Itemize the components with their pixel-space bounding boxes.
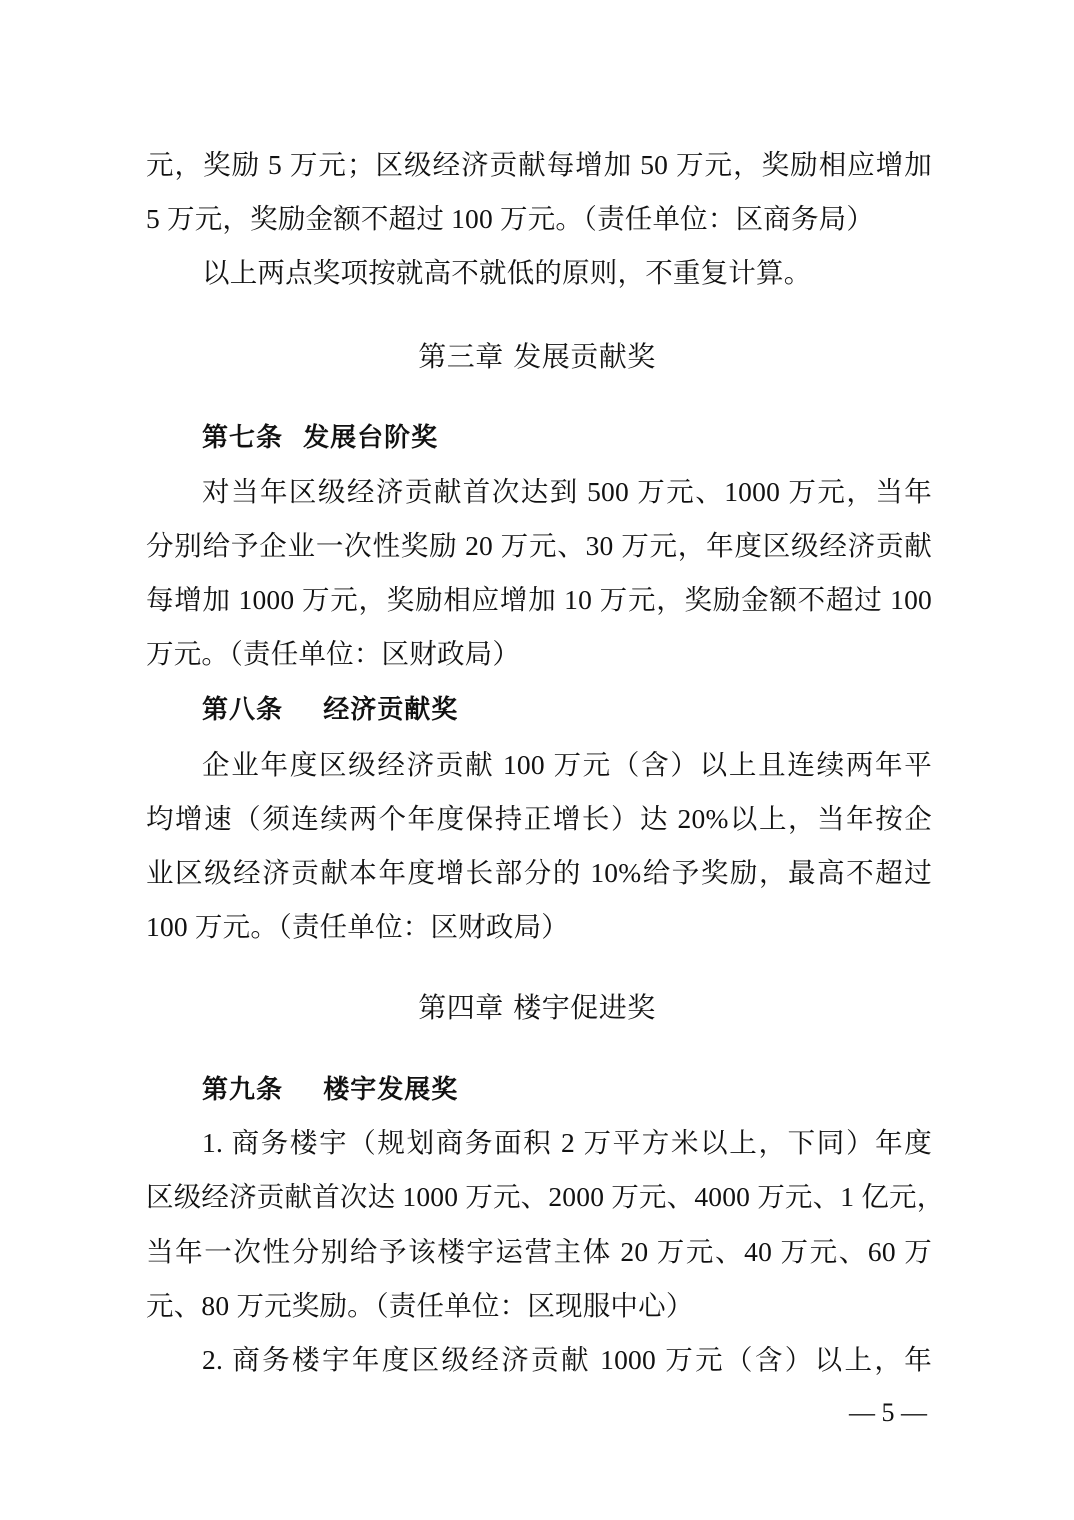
article-title: 第九条 楼宇发展奖 — [202, 1070, 458, 1110]
paragraph-line: 当年一次性分别给予该楼宇运营主体 20 万元、40 万元、60 万 — [146, 1232, 932, 1272]
paragraph-line: 万元。（责任单位：区财政局） — [146, 634, 932, 674]
paragraph-line: 均增速（须连续两个年度保持正增长）达 20%以上，当年按企 — [146, 799, 932, 839]
chapter-heading: 第三章 发展贡献奖 — [0, 337, 1074, 377]
chapter-heading: 第四章 楼宇促进奖 — [0, 988, 1074, 1028]
paragraph-line: 5 万元，奖励金额不超过 100 万元。（责任单位：区商务局） — [146, 199, 932, 239]
paragraph-line: 2. 商务楼宇年度区级经济贡献 1000 万元（含）以上，年 — [202, 1340, 932, 1380]
paragraph-line: 区级经济贡献首次达 1000 万元、2000 万元、4000 万元、1 亿元， — [146, 1177, 932, 1217]
paragraph-line: 每增加 1000 万元，奖励相应增加 10 万元，奖励金额不超过 100 — [146, 580, 932, 620]
paragraph-line: 业区级经济贡献本年度增长部分的 10%给予奖励，最高不超过 — [146, 853, 932, 893]
paragraph-line: 分别给予企业一次性奖励 20 万元、30 万元，年度区级经济贡献 — [146, 526, 932, 566]
article-title: 第八条 经济贡献奖 — [202, 690, 458, 730]
paragraph-line: 对当年区级经济贡献首次达到 500 万元、1000 万元，当年 — [202, 472, 932, 512]
page-number: — 5 — — [838, 1395, 938, 1431]
paragraph-line: 100 万元。（责任单位：区财政局） — [146, 907, 932, 947]
paragraph-line: 元，奖励 5 万元；区级经济贡献每增加 50 万元，奖励相应增加 — [146, 145, 932, 185]
paragraph-line: 元、80 万元奖励。（责任单位：区现服中心） — [146, 1286, 932, 1326]
article-title: 第七条 发展台阶奖 — [202, 418, 438, 458]
paragraph-line: 企业年度区级经济贡献 100 万元（含）以上且连续两年平 — [202, 745, 932, 785]
note-line: 以上两点奖项按就高不就低的原则，不重复计算。 — [202, 253, 932, 293]
paragraph-line: 1. 商务楼宇（规划商务面积 2 万平方米以上，下同）年度 — [202, 1123, 932, 1163]
document-page: 元，奖励 5 万元；区级经济贡献每增加 50 万元，奖励相应增加 5 万元，奖励… — [0, 0, 1074, 1520]
